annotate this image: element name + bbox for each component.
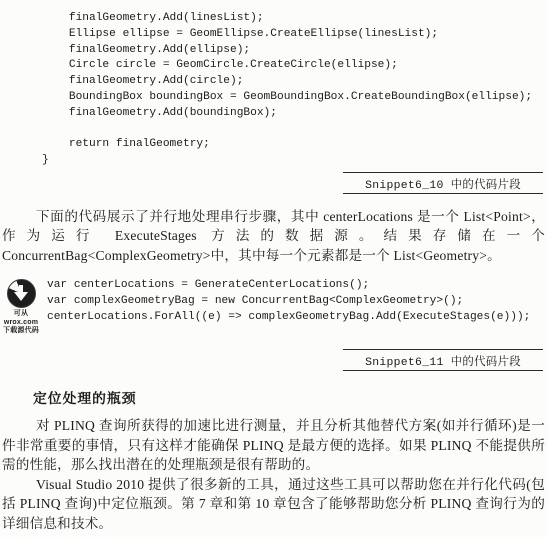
section-heading-bottleneck: 定位处理的瓶颈 (33, 387, 545, 407)
badge-line-1: 可从 (3, 310, 39, 319)
paragraph-vs2010-tools: Visual Studio 2010 提供了很多新的工具，通过这些工具可以帮助您… (2, 475, 545, 534)
code-snippet-6-11: var centerLocations = GenerateCenterLoca… (47, 278, 545, 325)
badge-line-3: 下载源代码 (3, 327, 39, 336)
code-snippet-6-10: finalGeometry.Add(linesList); Ellipse el… (42, 11, 545, 169)
wrox-download-badge: 可从 wrox.com 下载源代码 (3, 279, 39, 336)
book-page: { "page": { "bg": "#fcfcfa", "text_color… (0, 0, 548, 537)
download-disc-icon (7, 279, 36, 308)
snippet-6-10-caption: Snippet6_10 中的代码片段 (343, 172, 543, 194)
download-arrow-head (14, 292, 28, 301)
code-snippet-6-11-block: 可从 wrox.com 下载源代码 var centerLocations = … (2, 278, 545, 340)
snippet-6-11-caption: Snippet6_11 中的代码片段 (343, 349, 543, 371)
paragraph-parallel-stages: 下面的代码展示了并行地处理串行步骤，其中 centerLocations 是一个… (2, 207, 545, 266)
paragraph-measure-speedup: 对 PLINQ 查询所获得的加速比进行测量，并且分析其他替代方案(如并行循环)是… (2, 416, 545, 475)
